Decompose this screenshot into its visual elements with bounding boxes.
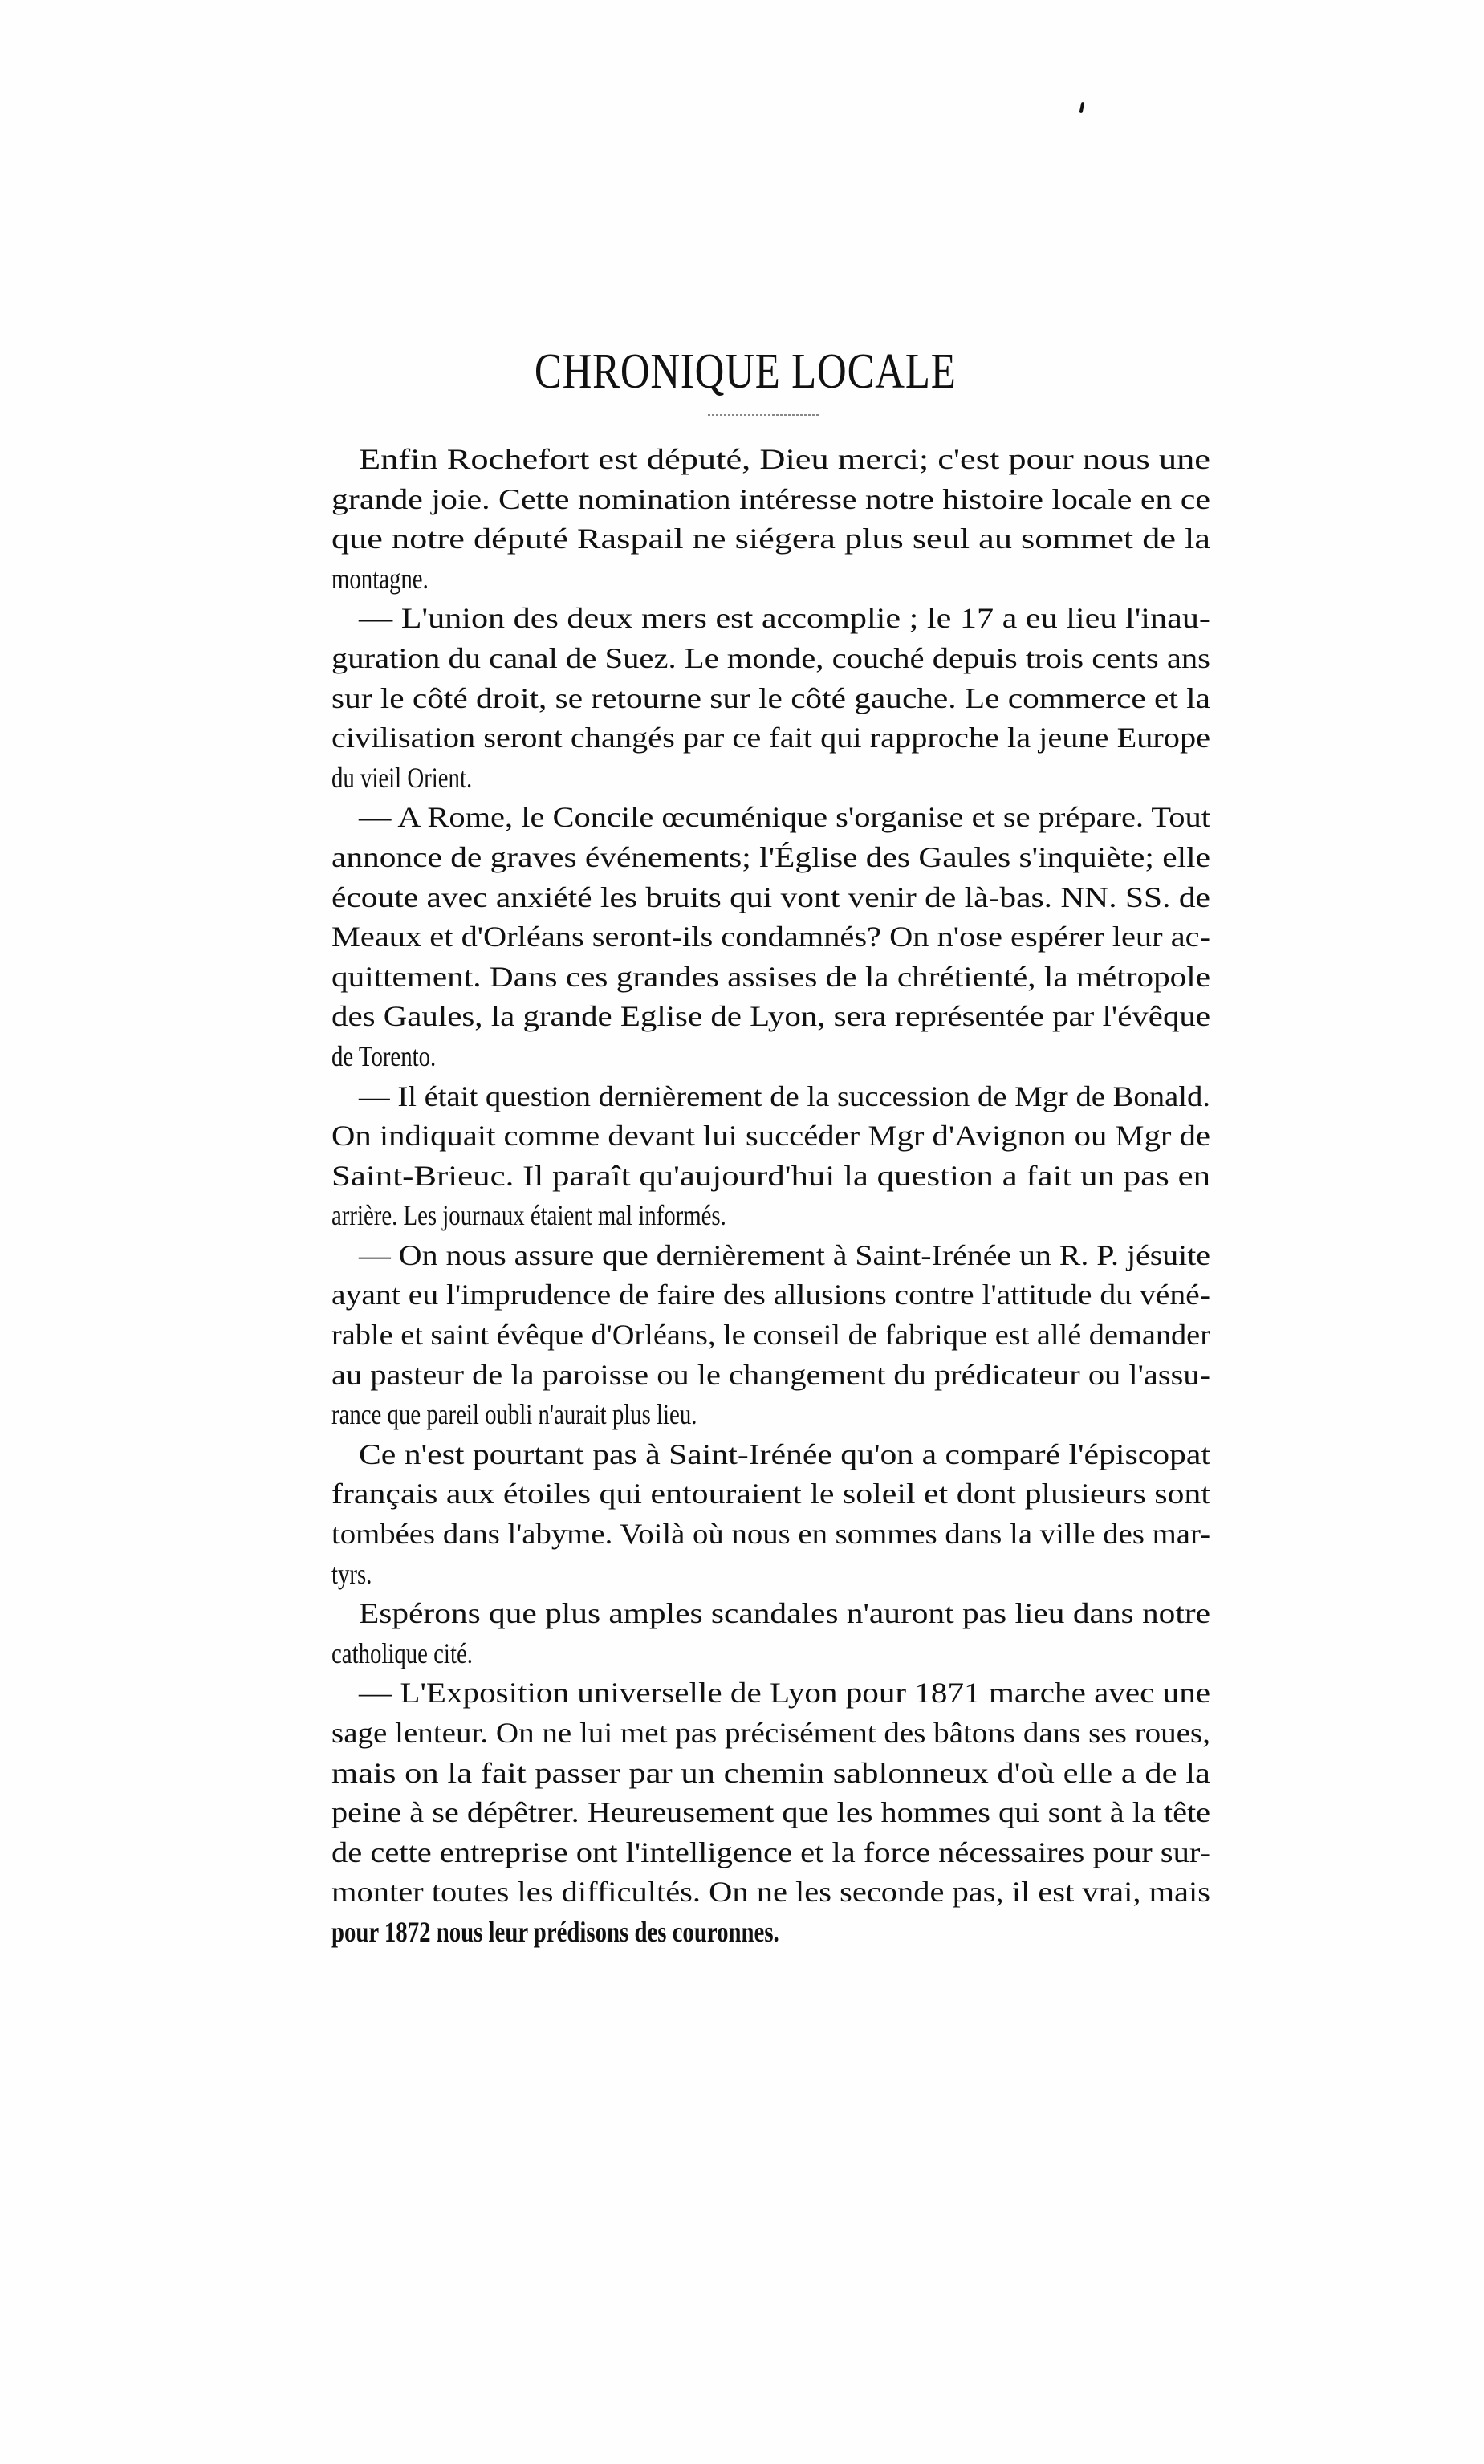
text-line-content: mais on la fait passer par un chemin sab… [331, 1754, 1210, 1794]
text-line-content: — On nous assure que dernièrement à Sain… [359, 1236, 1210, 1276]
text-line-content: civilisation seront changés par ce fait … [331, 718, 1210, 758]
text-line: sur le côté droit, se retourne sur le cô… [331, 679, 1210, 719]
text-line: On indiquait comme devant lui succéder M… [331, 1116, 1210, 1157]
text-line-content: rable et saint évêque d'Orléans, le cons… [331, 1315, 1210, 1356]
text-line: — L'union des deux mers est accomplie ; … [331, 599, 1210, 639]
text-line-content: Meaux et d'Orléans seront-ils condamnés?… [331, 917, 1210, 958]
text-line: de Torento. [331, 1037, 1210, 1077]
text-line-content: du vieil Orient. [331, 758, 472, 799]
text-line: arrière. Les journaux étaient mal inform… [331, 1196, 1210, 1236]
text-line: pour 1872 nous leur prédisons des couron… [331, 1913, 1210, 1953]
text-line-content: — Il était question dernièrement de la s… [359, 1077, 1210, 1117]
text-line-content: de Torento. [331, 1037, 436, 1077]
text-line-content: annonce de graves événements; l'Église d… [331, 838, 1210, 878]
text-line-content: montagne. [331, 559, 429, 600]
text-line: mais on la fait passer par un chemin sab… [331, 1754, 1210, 1794]
text-line-content: des Gaules, la grande Eglise de Lyon, se… [331, 997, 1210, 1037]
text-line: écoute avec anxiété les bruits qui vont … [331, 878, 1210, 918]
text-line: tyrs. [331, 1555, 1210, 1595]
text-line: — On nous assure que dernièrement à Sain… [331, 1236, 1210, 1276]
text-line-content: tombées dans l'abyme. Voilà où nous en s… [331, 1515, 1210, 1555]
text-line-content: sur le côté droit, se retourne sur le cô… [331, 679, 1210, 719]
text-line-content: écoute avec anxiété les bruits qui vont … [331, 878, 1210, 918]
text-line: Meaux et d'Orléans seront-ils condamnés?… [331, 917, 1210, 958]
text-line: monter toutes les difficultés. On ne les… [331, 1872, 1210, 1913]
text-line: sage lenteur. On ne lui met pas précisém… [331, 1714, 1210, 1754]
text-line: civilisation seront changés par ce fait … [331, 718, 1210, 758]
text-line: — A Rome, le Concile œcuménique s'organi… [331, 798, 1210, 838]
text-line-content: ayant eu l'imprudence de faire des allus… [331, 1275, 1210, 1315]
text-line: tombées dans l'abyme. Voilà où nous en s… [331, 1515, 1210, 1555]
text-line: catholique cité. [331, 1634, 1210, 1674]
text-line-content: que notre député Raspail ne siégera plus… [331, 519, 1210, 559]
page-title: CHRONIQUE LOCALE [137, 345, 1354, 398]
text-line: Enfin Rochefort est député, Dieu merci; … [331, 440, 1210, 480]
text-line: ayant eu l'imprudence de faire des allus… [331, 1275, 1210, 1315]
text-line-content: — L'Exposition universelle de Lyon pour … [359, 1673, 1210, 1714]
text-line: Ce n'est pourtant pas à Saint-Irénée qu'… [331, 1435, 1210, 1475]
text-line-content: catholique cité. [331, 1634, 473, 1674]
text-line: rance que pareil oubli n'aurait plus lie… [331, 1395, 1210, 1435]
text-line-content: au pasteur de la paroisse ou le changeme… [331, 1356, 1210, 1396]
text-line: Saint-Brieuc. Il paraît qu'aujourd'hui l… [331, 1157, 1210, 1197]
text-line: guration du canal de Suez. Le monde, cou… [331, 639, 1210, 679]
scanned-page: CHRONIQUE LOCALE Enfin Rochefort est dép… [0, 0, 1484, 2464]
text-line-content: Enfin Rochefort est député, Dieu merci; … [359, 440, 1210, 480]
text-line-content: français aux étoiles qui entouraient le … [331, 1474, 1210, 1515]
text-line: au pasteur de la paroisse ou le changeme… [331, 1356, 1210, 1396]
text-line-content: pour 1872 nous leur prédisons des couron… [331, 1913, 779, 1953]
text-line-content: sage lenteur. On ne lui met pas précisém… [331, 1714, 1210, 1754]
text-line-content: quittement. Dans ces grandes assises de … [331, 958, 1210, 998]
text-line: du vieil Orient. [331, 758, 1210, 799]
text-line: de cette entreprise ont l'intelligence e… [331, 1833, 1210, 1873]
text-line: peine à se dépêtrer. Heureusement que le… [331, 1793, 1210, 1833]
text-line-content: arrière. Les journaux étaient mal inform… [331, 1196, 726, 1236]
text-line: — Il était question dernièrement de la s… [331, 1077, 1210, 1117]
text-line: des Gaules, la grande Eglise de Lyon, se… [331, 997, 1210, 1037]
text-line-content: rance que pareil oubli n'aurait plus lie… [331, 1395, 697, 1435]
text-line: annonce de graves événements; l'Église d… [331, 838, 1210, 878]
text-line-content: tyrs. [331, 1555, 372, 1595]
text-line: quittement. Dans ces grandes assises de … [331, 958, 1210, 998]
text-line: que notre député Raspail ne siégera plus… [331, 519, 1210, 559]
article-body: Enfin Rochefort est député, Dieu merci; … [331, 440, 1210, 1953]
title-separator-rule [708, 414, 819, 416]
text-line-content: Espérons que plus amples scandales n'aur… [359, 1594, 1210, 1634]
text-line: montagne. [331, 559, 1210, 600]
text-line-content: de cette entreprise ont l'intelligence e… [331, 1833, 1210, 1873]
stray-ink-mark [1079, 102, 1085, 114]
text-line: — L'Exposition universelle de Lyon pour … [331, 1673, 1210, 1714]
text-line-content: monter toutes les difficultés. On ne les… [331, 1872, 1210, 1913]
text-line-content: grande joie. Cette nomination intéresse … [331, 480, 1210, 520]
text-line: français aux étoiles qui entouraient le … [331, 1474, 1210, 1515]
text-line-content: Ce n'est pourtant pas à Saint-Irénée qu'… [359, 1435, 1210, 1475]
text-line-content: Saint-Brieuc. Il paraît qu'aujourd'hui l… [331, 1157, 1210, 1197]
text-line-content: — A Rome, le Concile œcuménique s'organi… [359, 798, 1210, 838]
text-line-content: On indiquait comme devant lui succéder M… [331, 1116, 1210, 1157]
text-line: rable et saint évêque d'Orléans, le cons… [331, 1315, 1210, 1356]
text-line: Espérons que plus amples scandales n'aur… [331, 1594, 1210, 1634]
text-line: grande joie. Cette nomination intéresse … [331, 480, 1210, 520]
text-line-content: guration du canal de Suez. Le monde, cou… [331, 639, 1210, 679]
text-line-content: peine à se dépêtrer. Heureusement que le… [331, 1793, 1210, 1833]
text-line-content: — L'union des deux mers est accomplie ; … [359, 599, 1210, 639]
